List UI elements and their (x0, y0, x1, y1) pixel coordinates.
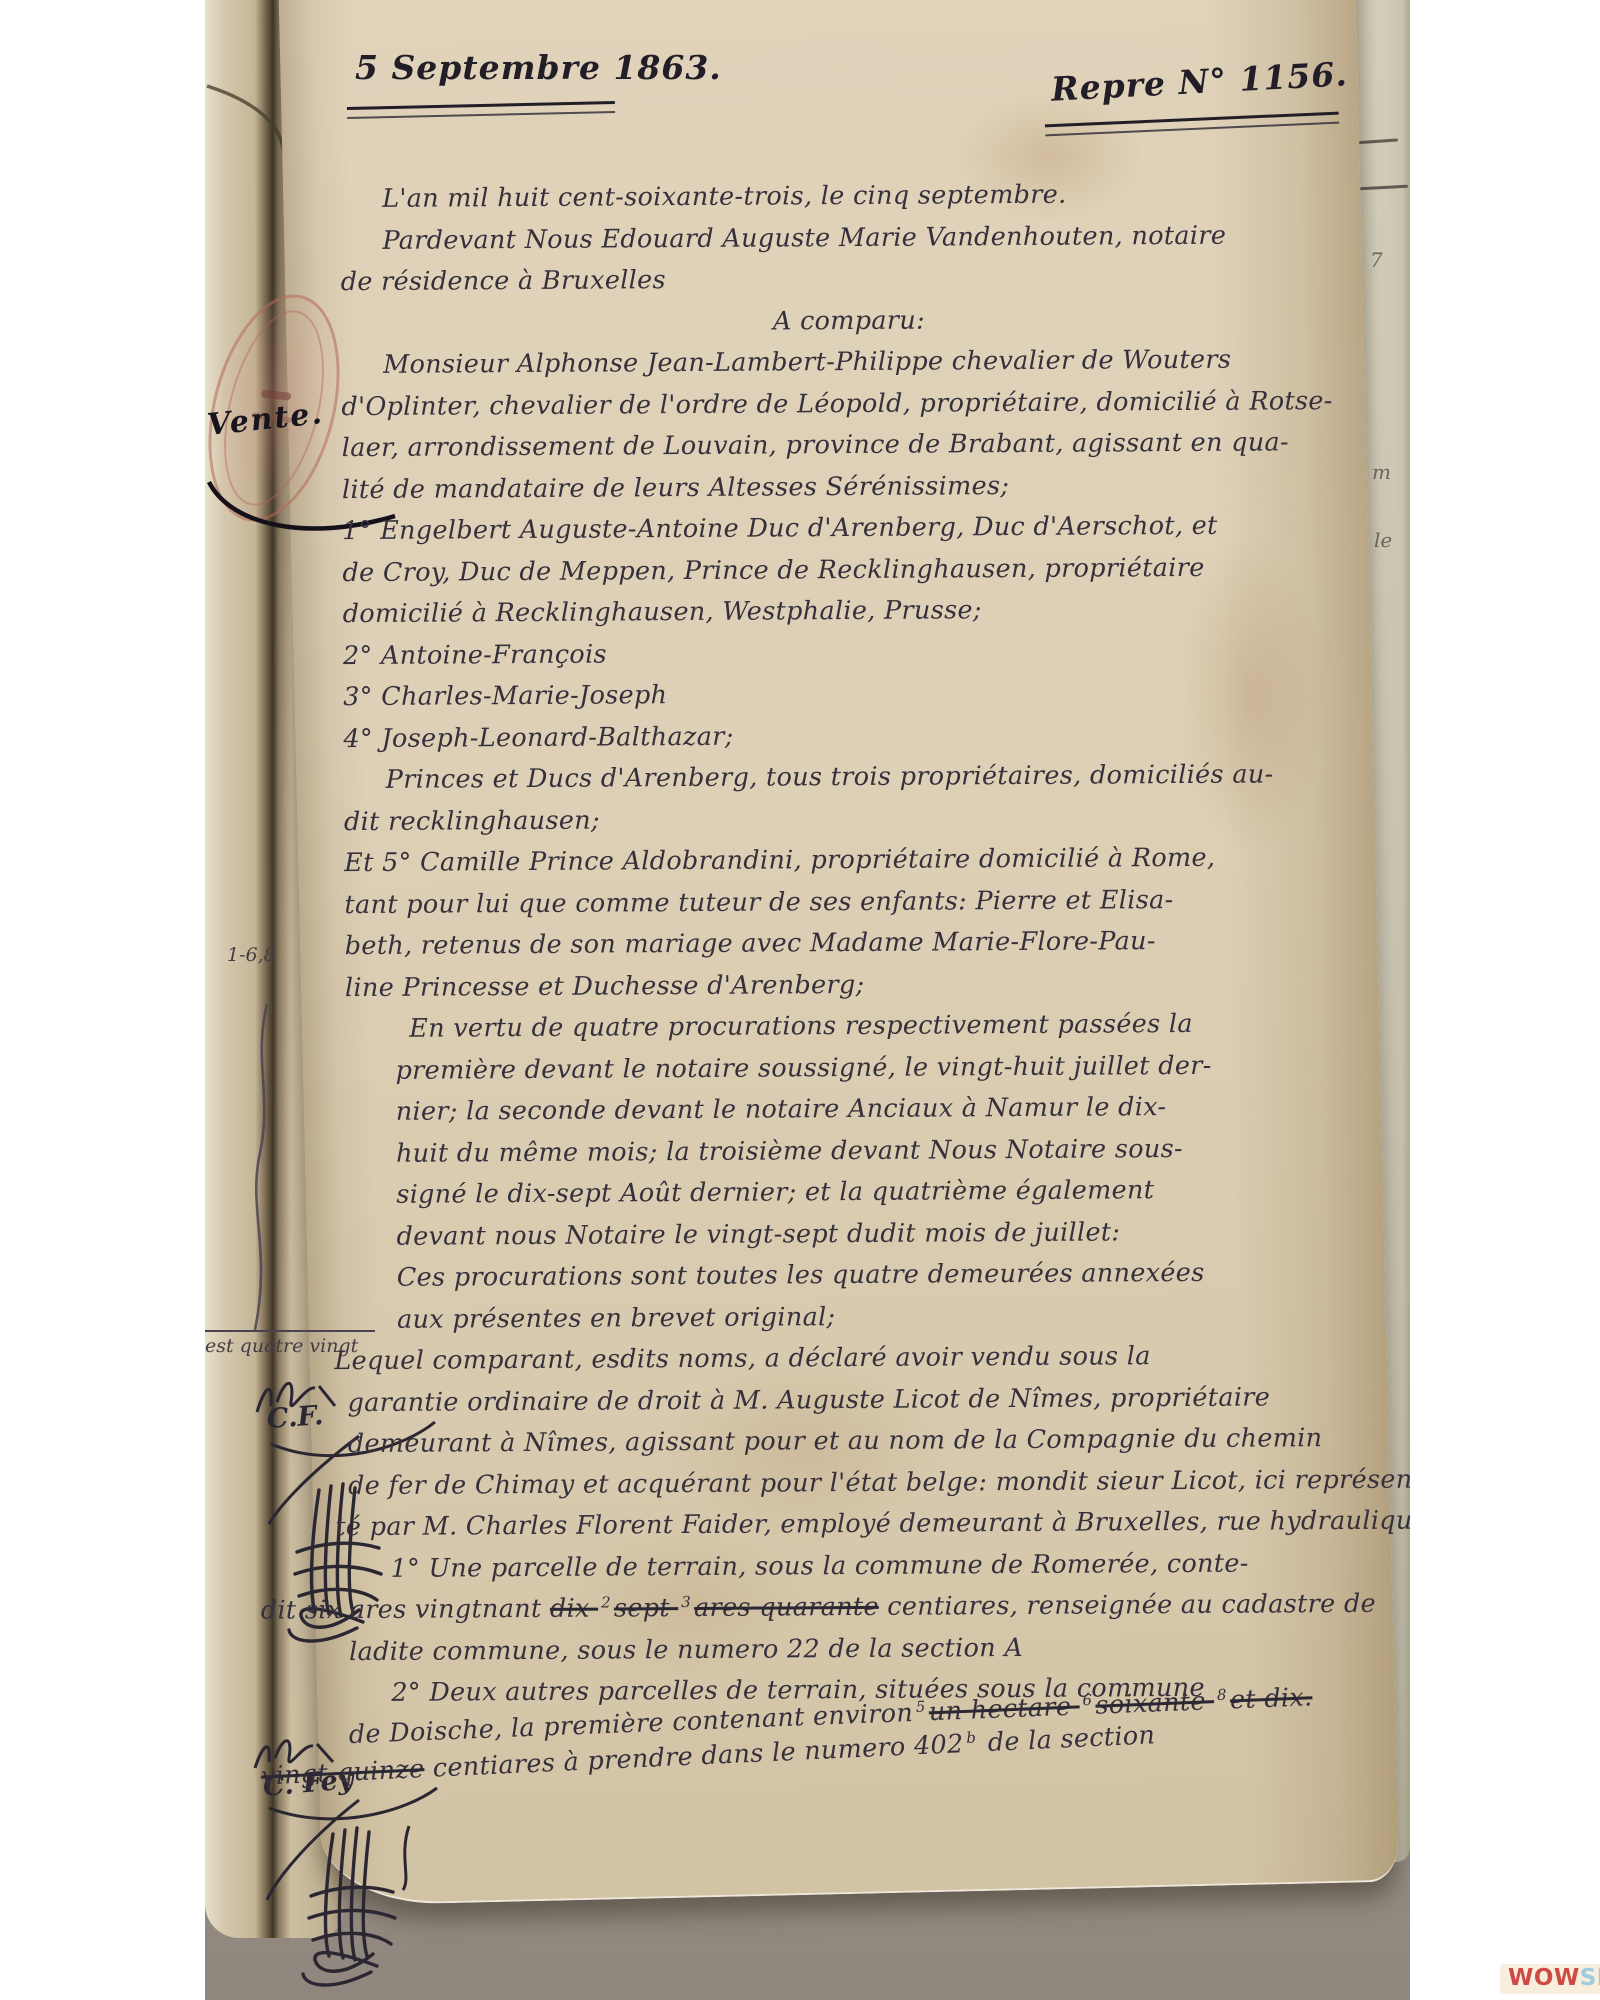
manuscript-line: beth, retenus de son mariage avec Madame… (345, 920, 1361, 968)
manuscript-line: garantie ordinaire de droit à M. Auguste… (347, 1376, 1363, 1424)
text-fragment: le (1374, 528, 1392, 552)
text-fragment: m (1372, 460, 1391, 484)
struck-text: dix (550, 1594, 598, 1624)
manuscript-line: Ces procurations sont toutes les quatre … (397, 1252, 1363, 1299)
manuscript-line: dit six ares vingtnant dix 2sept 3ares q… (261, 1584, 1365, 1632)
watermark-wow-label: WOW (1508, 1965, 1580, 1991)
manuscript-line: ladite commune, sous le numero 22 de la … (349, 1625, 1365, 1673)
manuscript-line: de Croy, Duc de Meppen, Prince de Reckli… (342, 546, 1358, 594)
manuscript-line: Princes et Ducs d'Arenberg, tous trois p… (344, 754, 1360, 802)
struck-text: ares quarante (694, 1592, 879, 1623)
manuscript-line: L'an mil huit cent-soixante-trois, le ci… (340, 173, 1356, 221)
manuscript-line: aux présentes en brevet original; (397, 1293, 1363, 1340)
line-text: centiares, renseignée au cadastre de (879, 1589, 1376, 1622)
manuscript-line: de fer de Chimay et acquérant pour l'éta… (348, 1459, 1364, 1507)
superscript-mark: 5 (915, 1696, 926, 1714)
crosshatch-paraph (299, 1822, 399, 1994)
date-heading: 5 Septembre 1863. (355, 48, 722, 87)
manuscript-line: 4° Joseph-Leonard-Balthazar; (343, 712, 1359, 760)
manuscript-line: Monsieur Alphonse Jean-Lambert-Philippe … (341, 339, 1357, 387)
manuscript-line: 2° Antoine-François (343, 629, 1359, 677)
manuscript-line: A comparu: (341, 297, 1357, 345)
manuscript-line: 1° Une parcelle de terrain, sous la comm… (348, 1542, 1364, 1590)
superscript-mark: 6 (1082, 1690, 1093, 1708)
superscript-mark: b (966, 1728, 977, 1746)
manuscript-line: nier; la seconde devant le notaire Ancia… (396, 1086, 1362, 1133)
manuscript-line: té par M. Charles Florent Faider, employ… (335, 1501, 1364, 1549)
wowslider-watermark[interactable]: WOWSlider (1500, 1964, 1600, 1994)
manuscript-line: tant pour lui que comme tuteur de ses en… (344, 878, 1360, 926)
superscript-mark: 3 (681, 1593, 691, 1611)
line-text: de la section (979, 1720, 1156, 1758)
manuscript-line: Pardevant Nous Edouard Auguste Marie Van… (340, 214, 1356, 262)
manuscript-line: line Princesse et Duchesse d'Arenberg; (345, 961, 1361, 1009)
manuscript-line: première devant le notaire soussigné, le… (395, 1044, 1361, 1091)
manuscript-line: domicilié à Recklinghausen, Westphalie, … (343, 588, 1359, 636)
manuscript-line: Et 5° Camille Prince Aldobrandini, propr… (344, 837, 1360, 885)
manuscript-line: lité de mandataire de leurs Altesses Sér… (342, 463, 1358, 511)
manuscript-line: d'Oplinter, chevalier de l'ordre de Léop… (341, 380, 1357, 428)
photograph: 7 m le t 5 Septembre 1863. Repre N° 1156… (205, 0, 1410, 2000)
manuscript-text-block: L'an mil huit cent-soixante-trois, le ci… (340, 173, 1366, 1798)
manuscript-line: huit du même mois; la troisième devant N… (396, 1127, 1362, 1174)
manuscript-line: 1° Engelbert Auguste-Antoine Duc d'Arenb… (342, 505, 1358, 553)
struck-text: sept (614, 1593, 679, 1623)
manuscript-line: Lequel comparant, esdits noms, a déclaré… (334, 1335, 1363, 1383)
line-text: dit six ares vingt (261, 1594, 482, 1625)
manuscript-line: demeurant à Nîmes, agissant pour et au n… (348, 1418, 1364, 1466)
manuscript-line: laer, arrondissement de Louvain, provinc… (342, 422, 1358, 470)
manuscript-line: de résidence à Bruxelles (341, 256, 1357, 304)
screenshot: 7 m le t 5 Septembre 1863. Repre N° 1156… (0, 0, 1600, 2000)
margin-brace (245, 1000, 285, 1336)
struck-text: vingt-quinze (260, 1754, 425, 1792)
watermark-slider-label: Slider (1580, 1965, 1600, 1991)
manuscript-line: devant nous Notaire le vingt-sept dudit … (396, 1210, 1362, 1257)
text-fragment: 7 (1370, 248, 1383, 272)
margin-renvoi-ref: 1-6,8 (227, 944, 276, 966)
manuscript-line: signé le dix-sept Août dernier; et la qu… (396, 1169, 1362, 1216)
manuscript-line: En vertu de quatre procurations respecti… (409, 1003, 1361, 1050)
manuscript-line: dit recklinghausen; (344, 795, 1360, 843)
manuscript-line: 3° Charles-Marie-Joseph (343, 671, 1359, 719)
superscript-mark: 8 (1216, 1685, 1227, 1703)
line-text: nant (482, 1594, 550, 1624)
superscript-mark: 2 (601, 1593, 611, 1611)
